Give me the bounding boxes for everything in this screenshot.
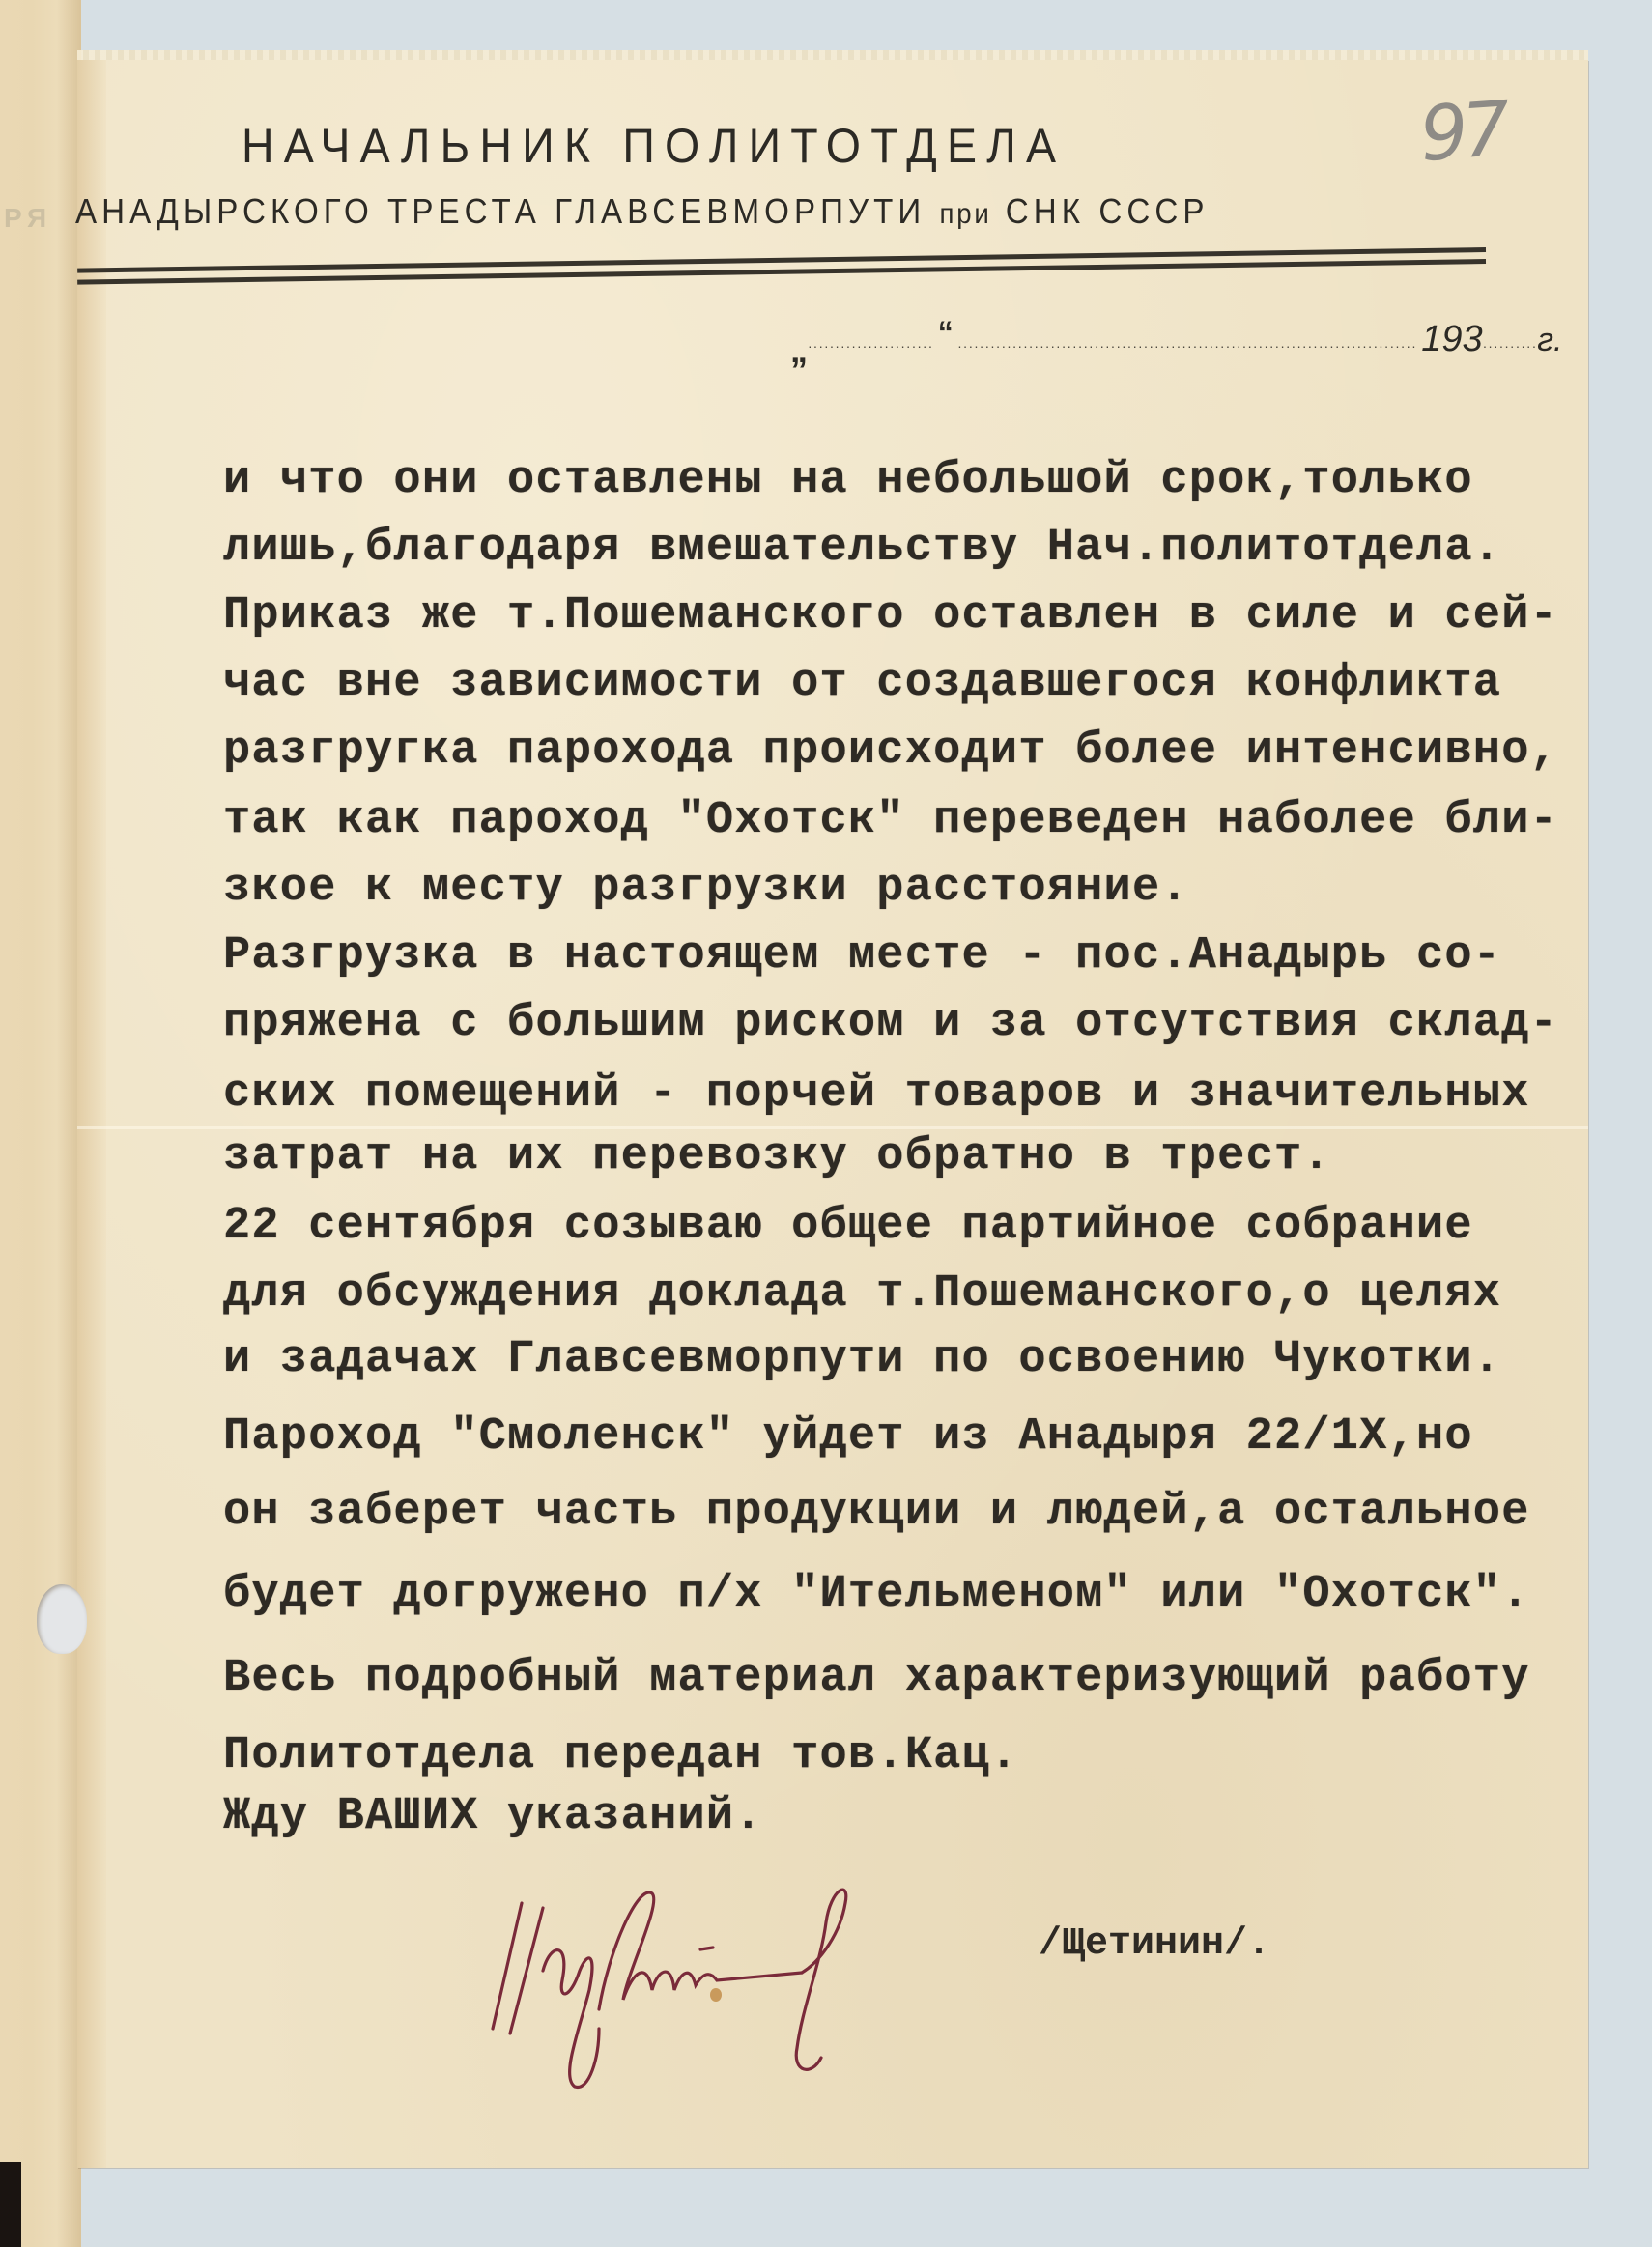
typed-line: Разгрузка в настоящем месте - пос.Анадыр… (223, 933, 1501, 979)
punch-hole (37, 1584, 87, 1654)
date-quote-open: „ (790, 330, 808, 370)
typed-line: ских помещений - порчей товаров и значит… (223, 1071, 1530, 1117)
date-month-blank: ········································… (957, 338, 1417, 354)
typed-signature-name: /Щетинин/. (1039, 1922, 1270, 1966)
archive-folio-number: 97 (1417, 86, 1507, 179)
binding-spine (0, 2162, 21, 2247)
typed-line: разгругка парохода происходит более инте… (223, 728, 1558, 774)
typed-line: 22 сентября созываю общее партийное собр… (223, 1204, 1473, 1249)
bleed-through-text: РЯ (4, 203, 52, 234)
adjacent-page-edge: РЯ (0, 0, 81, 2247)
paper-stain (710, 1988, 722, 2002)
typed-line: для обсуждения доклада т.Пошеманского,о … (223, 1271, 1501, 1317)
letterhead-title: НАЧАЛЬНИК ПОЛИТОТДЕЛА (242, 118, 1066, 174)
typed-line: он заберет часть продукции и людей,а ост… (223, 1490, 1530, 1535)
paper-fold (77, 1126, 1588, 1129)
typed-line: пряжена с большим риском и за отсутствия… (223, 1001, 1558, 1046)
typed-line: Приказ же т.Пошеманского оставлен в силе… (223, 593, 1558, 639)
typed-line: так как пароход "Охотск" переведен набол… (223, 798, 1558, 843)
typed-line: затрат на их перевозку обратно в трест. (223, 1134, 1331, 1180)
date-year-suffix: г. (1537, 322, 1562, 358)
date-line: „······················· “ ·············… (790, 319, 1562, 360)
date-quote-close: “ (938, 315, 954, 350)
typed-line: зкое к месту разгрузки расстояние. (223, 866, 1189, 911)
letterhead-subtitle-main: АНАДЫРСКОГО ТРЕСТА ГЛАВСЕВМОРПУТИ (75, 191, 926, 231)
date-year-blank: ·········· (1483, 338, 1538, 354)
typed-line: лишь,благодаря вмешательству Нач.политот… (223, 526, 1501, 571)
date-day-blank: ······················· (808, 338, 933, 354)
typed-line: Весь подробный материал характеризующий … (223, 1656, 1530, 1701)
typed-line: и что они оставлены на небольшой срок,то… (223, 458, 1473, 503)
typed-line: Жду ВАШИХ указаний. (223, 1794, 763, 1839)
handwritten-signature (454, 1864, 995, 2096)
date-year-prefix: 193 (1421, 319, 1482, 359)
typed-line: Пароход "Смоленск" уйдет из Анадыря 22/1… (223, 1414, 1473, 1460)
typed-line: час вне зависимости от создавшегося конф… (223, 661, 1501, 706)
typed-line: Политотдела передан тов.Кац. (223, 1733, 1018, 1778)
page-binding-margin (77, 60, 106, 2168)
typed-line: и задачах Главсевморпути по освоению Чук… (223, 1337, 1501, 1382)
letterhead-subtitle-pri: при (940, 198, 992, 230)
letterhead-subtitle-end: СНК СССР (1006, 191, 1210, 231)
typed-line: будет догружено п/х "Ительменом" или "Ох… (223, 1572, 1530, 1617)
letterhead-subtitle: АНАДЫРСКОГО ТРЕСТА ГЛАВСЕВМОРПУТИ при СН… (75, 191, 1209, 232)
